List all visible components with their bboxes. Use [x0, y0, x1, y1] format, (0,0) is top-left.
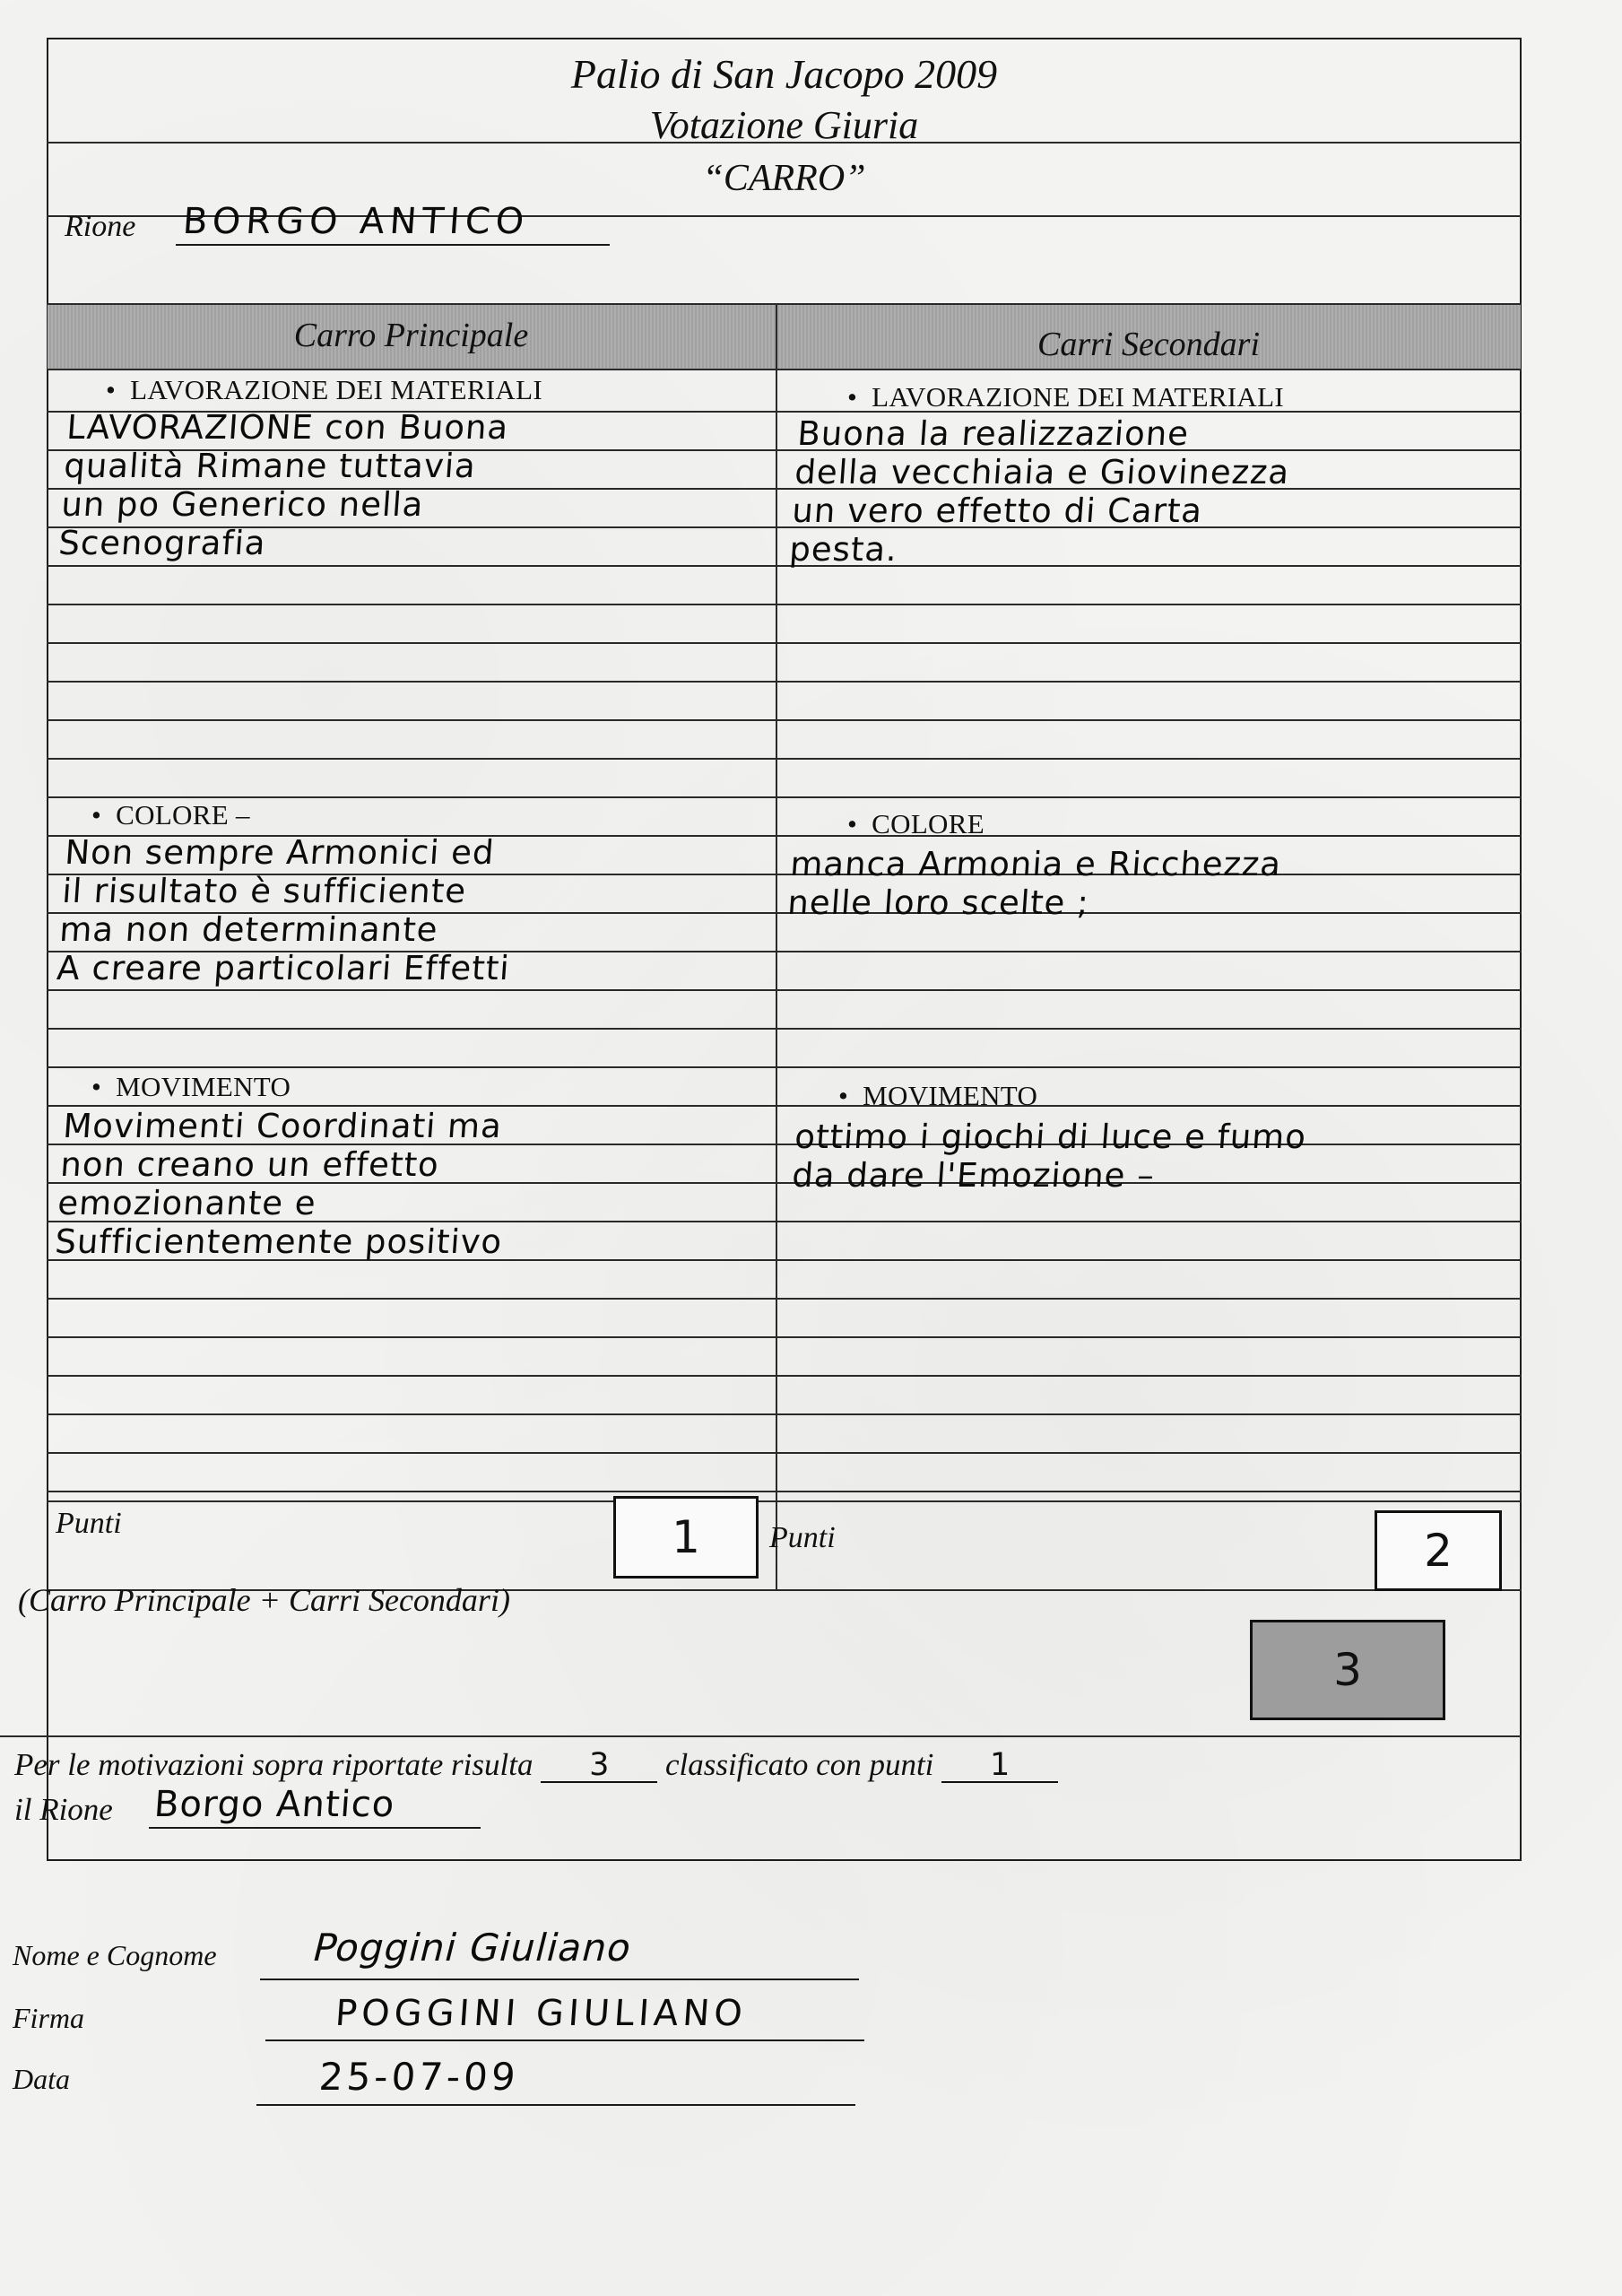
rione-field[interactable]: BORGO ANTICO — [176, 199, 610, 246]
firma-field[interactable]: POGGINI GIULIANO — [265, 1989, 864, 2041]
ruled-line — [47, 604, 1522, 605]
ruled-line — [47, 1298, 1522, 1300]
rione-value: BORGO ANTICO — [181, 203, 530, 241]
punti-label-principale: Punti — [56, 1509, 122, 1539]
form-subtitle: Votazione Giuria — [47, 106, 1522, 145]
ruled-line — [47, 565, 1522, 567]
result-rione-value: Borgo Antico — [152, 1786, 395, 1824]
ruled-line — [47, 1066, 1522, 1068]
ruled-line — [47, 796, 1522, 798]
ruled-line — [47, 1491, 1522, 1492]
section-label-lavorazione-left: •LAVORAZIONE DEI MATERIALI — [106, 376, 542, 404]
divider — [47, 369, 1522, 370]
divider — [47, 142, 1522, 143]
comment-movimento-secondari[interactable]: ottimo i giochi di luce e fumo da dare l… — [791, 1118, 1307, 1195]
divider — [0, 1735, 1522, 1737]
data-field[interactable]: 25-07-09 — [256, 2054, 855, 2106]
column-divider — [776, 303, 777, 1590]
ruled-line — [47, 758, 1522, 760]
punti-label-secondari: Punti — [769, 1523, 836, 1553]
comment-lavorazione-secondari[interactable]: Buona la realizzazione della vecchiaia e… — [788, 414, 1294, 569]
comment-colore-secondari[interactable]: manca Armonia e Ricchezza nelle loro sce… — [786, 845, 1283, 922]
name-label: Nome e Cognome — [13, 1939, 217, 1972]
section-label-movimento-right: •MOVIMENTO — [838, 1082, 1037, 1109]
ruled-line — [47, 1500, 1522, 1502]
column-title-carri-secondari: Carri Secondari — [776, 325, 1522, 364]
rione-label: Rione — [65, 212, 135, 242]
result-position-field[interactable]: 3 — [541, 1750, 657, 1783]
firma-value: POGGINI GIULIANO — [334, 1995, 748, 2033]
ruled-line — [47, 681, 1522, 683]
ruled-line — [47, 642, 1522, 644]
section-label-lavorazione-right: •LAVORAZIONE DEI MATERIALI — [847, 383, 1284, 411]
ruled-line — [47, 1413, 1522, 1415]
name-value: Poggini Giuliano — [309, 1928, 637, 1967]
divider — [47, 303, 1522, 305]
ruled-line — [47, 1375, 1522, 1377]
section-label-movimento-left: •MOVIMENTO — [91, 1073, 291, 1100]
data-label: Data — [13, 2063, 70, 2096]
column-title-carro-principale: Carro Principale — [47, 316, 776, 355]
result-rione-field[interactable]: Borgo Antico — [149, 1780, 481, 1829]
name-field[interactable]: Poggini Giuliano — [260, 1928, 859, 1980]
score-box-principale[interactable]: 1 — [613, 1496, 759, 1578]
ruled-line — [47, 1452, 1522, 1454]
ruled-line — [47, 1028, 1522, 1030]
form-title: Palio di San Jacopo 2009 — [47, 54, 1522, 95]
form-category: “CARRO” — [47, 160, 1522, 197]
sum-label: (Carro Principale + Carri Secondari) — [18, 1584, 510, 1616]
ruled-line — [47, 1336, 1522, 1338]
score-box-secondari[interactable]: 2 — [1375, 1510, 1502, 1591]
comment-movimento-principale[interactable]: Movimenti Coordinati ma non creano un ef… — [54, 1107, 512, 1261]
comment-colore-principale[interactable]: Non sempre Armonici ed il risultato è su… — [56, 833, 519, 987]
total-score-box[interactable]: 3 — [1250, 1620, 1445, 1720]
comment-lavorazione-principale[interactable]: LAVORAZIONE con Buona qualità Rimane tut… — [57, 408, 510, 562]
result-statement: Per le motivazioni sopra riportate risul… — [14, 1749, 1058, 1783]
ruled-line — [47, 719, 1522, 721]
result-points-field[interactable]: 1 — [941, 1750, 1058, 1783]
section-label-colore-left: •COLORE – — [91, 801, 250, 829]
section-label-colore-right: •COLORE — [847, 810, 984, 838]
result-rione-label: il Rione — [14, 1794, 113, 1825]
data-value: 25-07-09 — [317, 2057, 520, 2096]
ruled-line — [47, 989, 1522, 991]
firma-label: Firma — [13, 2002, 84, 2035]
